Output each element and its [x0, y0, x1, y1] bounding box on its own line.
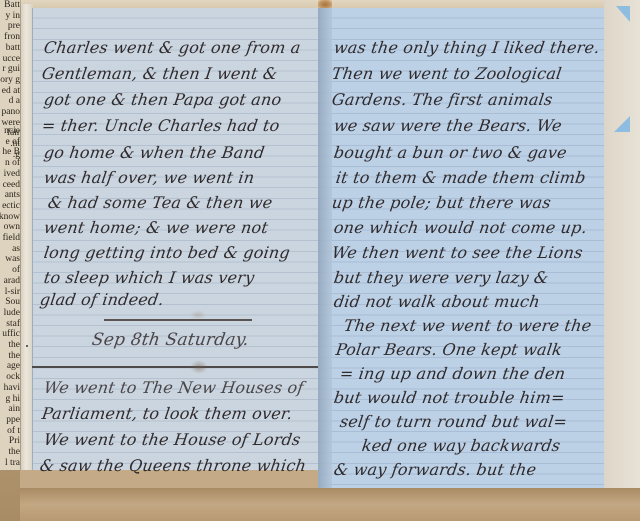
newspaper-fragment: he B: [0, 147, 20, 158]
newspaper-fragment: own: [0, 222, 20, 233]
newspaper-column-bottom: nciee ofhe Bn ofivedceedantsecticknowown…: [0, 126, 20, 470]
newspaper-fragment: age: [0, 361, 20, 372]
newspaper-fragment: n of: [0, 158, 20, 169]
newspaper-fragment: the: [0, 340, 20, 351]
right-line-6: it to them & made them climb: [335, 168, 587, 187]
right-line-4: we saw were the Bears. We: [333, 116, 564, 135]
left-line-5: go home & when the Band: [43, 143, 266, 162]
left-line-3: got one & then Papa got ano: [43, 90, 283, 109]
newspaper-fragment: ived: [0, 169, 20, 180]
newspaper-fragment: uffic: [0, 329, 20, 340]
newspaper-fragment: e of: [0, 137, 20, 148]
right-line-8: one which would not come up.: [333, 218, 589, 237]
newspaper-fragment: know: [0, 212, 20, 223]
left-line-2: Gentleman, & then I went &: [41, 64, 279, 83]
newspaper-fragment: ock: [0, 372, 20, 383]
left-line-10: to sleep which I was very: [43, 268, 256, 287]
right-line-3: Gardens. The first animals: [331, 90, 554, 109]
page-gutter: [318, 8, 332, 488]
newspaper-fragment: ucce: [0, 54, 20, 65]
right-line-16: self to turn round but wal=: [339, 412, 569, 431]
newspaper-fragment: ectic: [0, 201, 20, 212]
right-line-12: The next we went to were the: [343, 316, 593, 335]
newspaper-fragment: ed at: [0, 86, 20, 97]
newspaper-fragment: g hi: [0, 394, 20, 405]
right-line-5: bought a bun or two & gave: [333, 143, 569, 162]
newspaper-fragment: Pri: [0, 436, 20, 447]
newspaper-fragment: pano: [0, 107, 20, 118]
newspaper-fragment: ory g: [0, 75, 20, 86]
ink-smudge: [190, 360, 208, 374]
newspaper-fragment: as: [0, 244, 20, 255]
newspaper-fragment: y in: [0, 11, 20, 22]
newspaper-fragment: of: [0, 265, 20, 276]
newspaper-fragment: of t: [0, 426, 20, 437]
newspaper-fragment: l tra: [0, 458, 20, 469]
newspaper-fragment: batt: [0, 43, 20, 54]
right-line-2: Then we went to Zoological: [331, 64, 563, 83]
ink-smudge: [190, 310, 206, 320]
newspaper-fragment: pre: [0, 21, 20, 32]
right-line-18: & way forwards. but the: [333, 460, 538, 479]
left-line-9: long getting into bed & going: [43, 243, 292, 262]
newspaper-fragment: d a: [0, 96, 20, 107]
right-page-edge: [604, 0, 640, 521]
section-divider: [32, 366, 318, 368]
right-line-14: = ing up and down the den: [339, 364, 567, 383]
newspaper-fragment: Sou: [0, 297, 20, 308]
newspaper-fragment: fron: [0, 32, 20, 43]
blue-paper-corner: [614, 116, 630, 132]
newspaper-fragment: ain: [0, 404, 20, 415]
right-line-13: Polar Bears. One kept walk: [335, 340, 564, 359]
newspaper-fragment: Batt: [0, 0, 20, 11]
left-line-7: & had some Tea & then we: [47, 193, 274, 212]
right-line-7: up the pole; but there was: [331, 193, 553, 212]
margin-dot: [26, 345, 28, 347]
right-line-10: but they were very lazy &: [333, 268, 550, 287]
newspaper-fragment: ppe: [0, 415, 20, 426]
left-line-4: = ther. Uncle Charles had to: [41, 116, 281, 135]
newspaper-fragment: lude: [0, 308, 20, 319]
newspaper-fragment: was: [0, 254, 20, 265]
newspaper-fragment: r gui: [0, 64, 20, 75]
right-line-15: but would not trouble him=: [333, 388, 566, 407]
newspaper-fragment: ceed: [0, 180, 20, 191]
left-line-14: We went to the House of Lords: [43, 430, 302, 449]
newspaper-fragment: ants: [0, 190, 20, 201]
newspaper-fragment: field: [0, 233, 20, 244]
right-line-9: We then went to see the Lions: [331, 243, 584, 262]
left-line-8: went home; & we were not: [43, 218, 270, 237]
newspaper-fragment: havi: [0, 383, 20, 394]
left-line-12: We went to The New Houses of: [43, 378, 305, 397]
blue-paper-corner: [616, 6, 630, 22]
newspaper-fragment: the: [0, 351, 20, 362]
newspaper-fragment: arad: [0, 276, 20, 287]
heading-rule: [104, 319, 252, 321]
right-line-11: did not walk about much: [333, 292, 542, 311]
newspaper-fragment: astor: [0, 469, 20, 471]
left-line-11: glad of indeed.: [39, 290, 165, 309]
newspaper-fragment: l-sir: [0, 287, 20, 298]
left-line-13: Parliament, to look them over.: [41, 404, 294, 423]
newspaper-clipping: Batty inprefronbattuccer guiory ged atd …: [0, 0, 21, 470]
left-line-6: was half over, we went in: [43, 168, 256, 187]
left-line-15: & saw the Queens throne which: [39, 456, 308, 475]
date-heading: Sep 8th Saturday.: [91, 330, 251, 350]
newspaper-fragment: the: [0, 447, 20, 458]
newspaper-fragment: ncie: [0, 126, 20, 137]
right-line-1: was the only thing I liked there.: [333, 38, 601, 57]
newspaper-fragment: staf: [0, 319, 20, 330]
left-line-1: Charles went & got one from a: [43, 38, 302, 57]
bottom-edge: [20, 488, 640, 521]
right-line-17: ked one way backwards: [361, 436, 562, 455]
